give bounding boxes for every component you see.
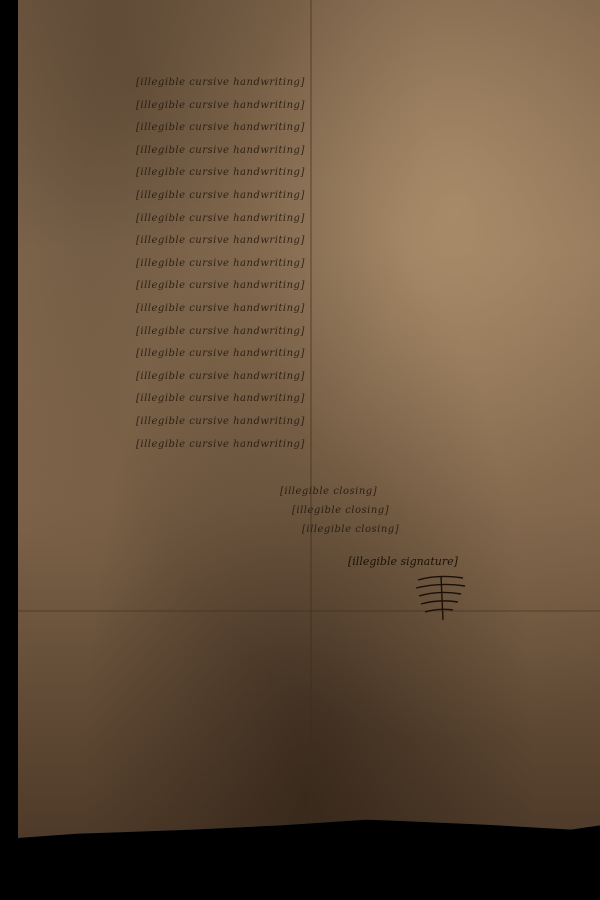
handwritten-line: [illegible cursive handwriting] [136, 208, 496, 231]
closing-line: [illegible closing] [280, 482, 399, 501]
signature-flourish-icon [413, 572, 468, 622]
letter-body: [illegible cursive handwriting] [illegib… [136, 72, 496, 456]
closing-line: [illegible closing] [280, 501, 399, 520]
handwritten-line: [illegible cursive handwriting] [136, 388, 496, 411]
handwritten-line: [illegible cursive handwriting] [136, 162, 496, 185]
closing-line: [illegible closing] [280, 520, 399, 539]
letter-paper: [illegible cursive handwriting] [illegib… [18, 0, 600, 838]
handwritten-line: [illegible cursive handwriting] [136, 72, 496, 95]
handwritten-line: [illegible cursive handwriting] [136, 253, 496, 276]
handwritten-line: [illegible cursive handwriting] [136, 117, 496, 140]
handwritten-line: [illegible cursive handwriting] [136, 140, 496, 163]
handwritten-line: [illegible cursive handwriting] [136, 434, 496, 457]
handwritten-line: [illegible cursive handwriting] [136, 343, 496, 366]
handwritten-line: [illegible cursive handwriting] [136, 95, 496, 118]
horizontal-fold-crease [18, 610, 600, 612]
handwritten-line: [illegible cursive handwriting] [136, 321, 496, 344]
letter-closing: [illegible closing] [illegible closing] … [280, 482, 399, 539]
handwritten-line: [illegible cursive handwriting] [136, 298, 496, 321]
signature: [illegible signature] [348, 555, 458, 568]
handwritten-line: [illegible cursive handwriting] [136, 230, 496, 253]
handwritten-line: [illegible cursive handwriting] [136, 366, 496, 389]
handwritten-line: [illegible cursive handwriting] [136, 185, 496, 208]
handwritten-line: [illegible cursive handwriting] [136, 275, 496, 298]
handwritten-line: [illegible cursive handwriting] [136, 411, 496, 434]
